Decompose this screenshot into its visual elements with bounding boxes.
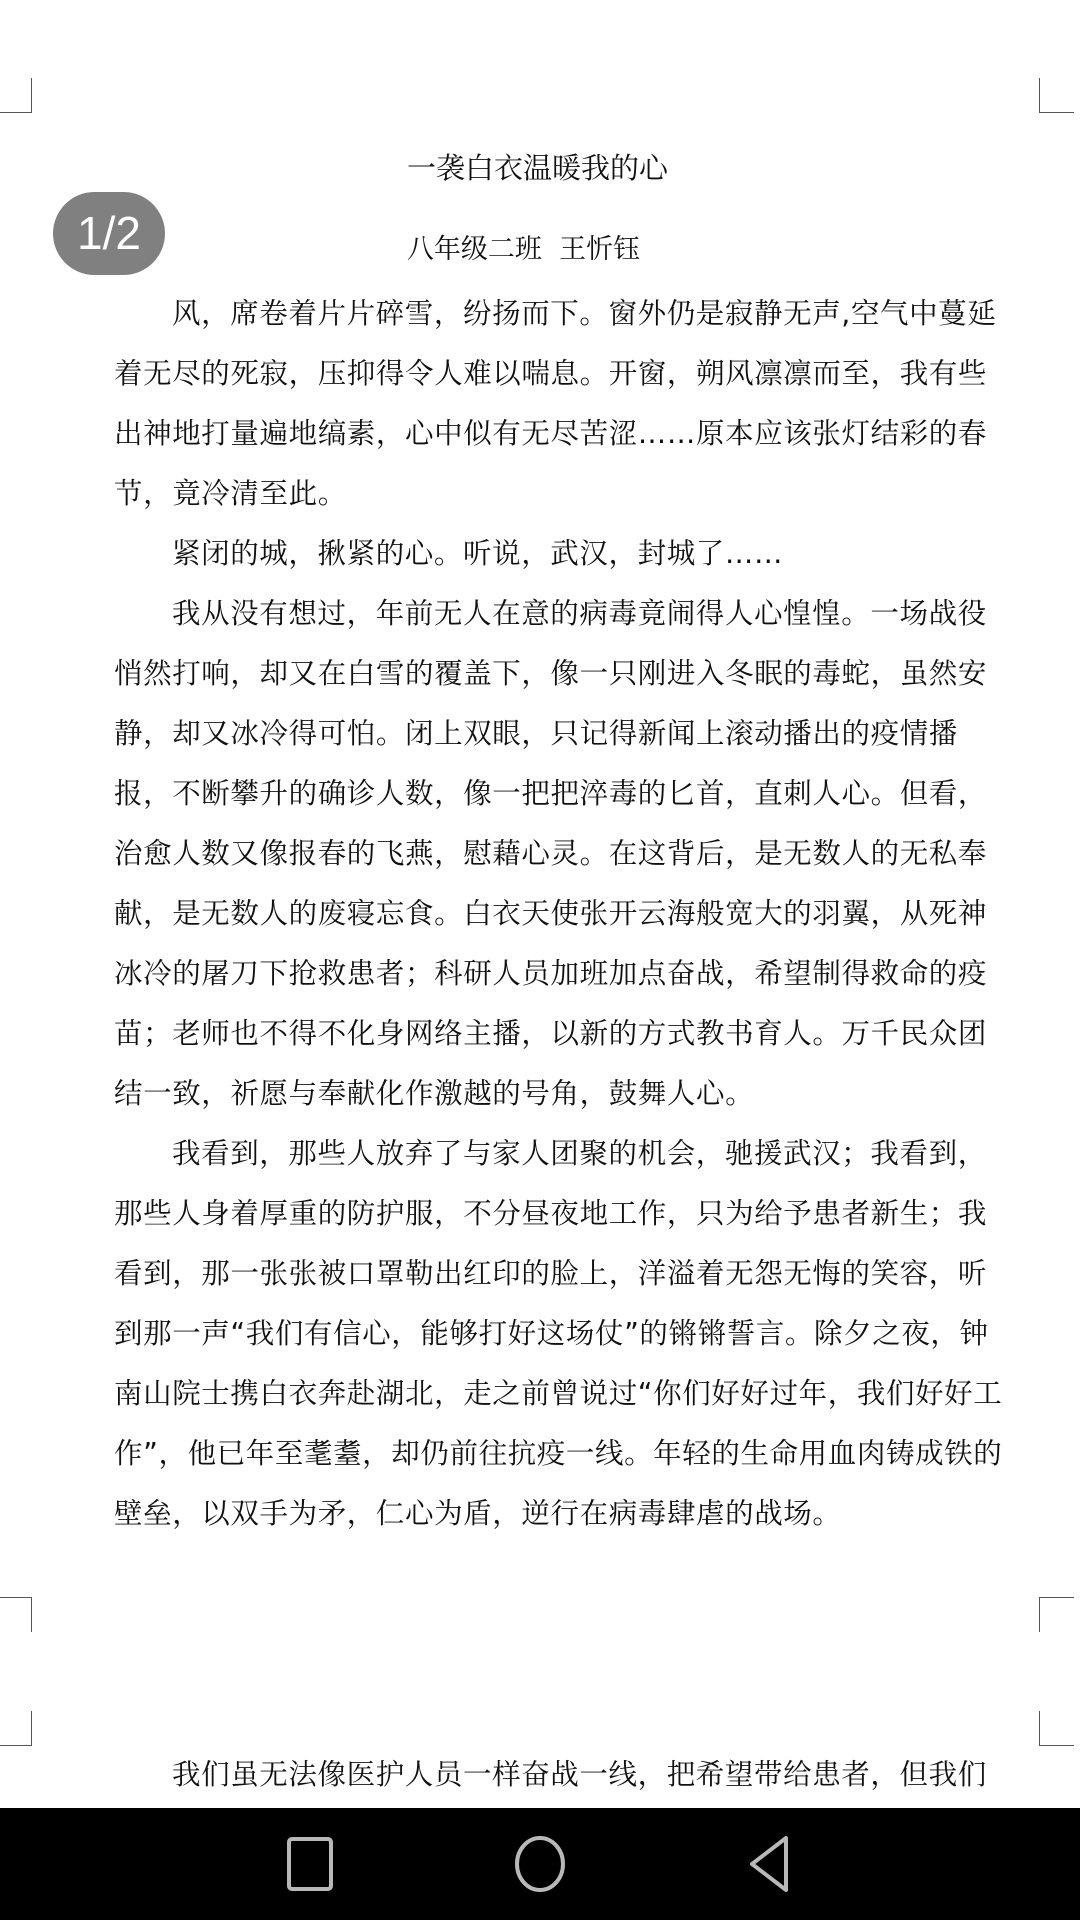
page-corner-mark-bottom-left [0,1597,32,1632]
body-text-line: 苗；老师也不得不化身网络主播，以新的方式教书育人。万千民众团 [114,1012,1054,1072]
body-text-line: 着无尽的死寂，压抑得令人难以喘息。开窗，朔风凛凛而至，我有些 [114,352,1054,412]
body-text-line: 冰冷的屠刀下抢救患者；科研人员加班加点奋战，希望制得救命的疫 [114,952,1054,1012]
triangle-back-icon [746,1834,796,1894]
recents-button[interactable] [250,1808,370,1920]
body-text-line: 作”，他已年至耄耋，却仍前往抗疫一线。年轻的生命用血肉铸成铁的 [114,1432,1054,1492]
body-text-line: 结一致，祈愿与奉献化作激越的号角，鼓舞人心。 [114,1072,1054,1132]
circle-home-icon [512,1834,568,1894]
square-recents-icon [286,1836,334,1892]
body-text-line: 悄然打响，却又在白雪的覆盖下，像一只刚进入冬眠的毒蛇，虽然安 [114,652,1054,712]
page-indicator-badge: 1/2 [53,192,165,275]
body-text-line: 那些人身着厚重的防护服，不分昼夜地工作，只为给予患者新生；我 [114,1192,1054,1252]
body-text-line: 治愈人数又像报春的飞燕，慰藉心灵。在这背后，是无数人的无私奉 [114,832,1054,892]
body-text-line: 风，席卷着片片碎雪，纷扬而下。窗外仍是寂静无声,空气中蔓延 [114,292,1054,352]
page-corner-mark-top-left [0,78,32,113]
body-text-line: 南山院士携白衣奔赴湖北，走之前曾说过“你们好好过年，我们好好工 [114,1372,1054,1432]
body-text-line: 紧闭的城，揪紧的心。听说，武汉，封城了…… [114,532,1054,592]
body-text-line: 献，是无数人的废寝忘食。白衣天使张开云海般宽大的羽翼，从死神 [114,892,1054,952]
body-text-line: 我看到，那些人放弃了与家人团聚的机会，驰援武汉；我看到， [114,1132,1054,1192]
page-2-body: 我们虽无法像医护人员一样奋战一线，把希望带给患者，但我们 [114,1753,1054,1808]
body-text-line: 出神地打量遍地缟素，心中似有无尽苦涩……原本应该张灯结彩的春 [114,412,1054,472]
document-viewer[interactable]: 一袭白衣温暖我的心 八年级二班 王忻钰 风，席卷着片片碎雪，纷扬而下。窗外仍是寂… [0,0,1080,1808]
body-text-line: 到那一声“我们有信心，能够打好这场仗”的锵锵誓言。除夕之夜，钟 [114,1312,1054,1372]
body-text-line: 壁垒，以双手为矛，仁心为盾，逆行在病毒肆虐的战场。 [114,1492,1054,1552]
page-corner-mark-bottom-right [1039,1597,1074,1632]
body-text-line: 报，不断攀升的确诊人数，像一把把淬毒的匕首，直刺人心。但看， [114,772,1054,832]
page-2-corner-mark-top-right [1039,1711,1074,1746]
body-text-line: 看到，那一张张被口罩勒出红印的脸上，洋溢着无怨无悔的笑容，听 [114,1252,1054,1312]
body-text-line: 节，竟冷清至此。 [114,472,1054,532]
body-text-line: 我们虽无法像医护人员一样奋战一线，把希望带给患者，但我们 [114,1753,1054,1808]
page-2-corner-mark-top-left [0,1711,32,1746]
page-1-body: 风，席卷着片片碎雪，纷扬而下。窗外仍是寂静无声,空气中蔓延着无尽的死寂，压抑得令… [114,292,1054,1552]
body-text-line: 我从没有想过，年前无人在意的病毒竟闹得人心惶惶。一场战役 [114,592,1054,652]
page-corner-mark-top-right [1039,78,1074,113]
home-button[interactable] [480,1808,600,1920]
body-text-line: 静，却又冰冷得可怕。闭上双眼，只记得新闻上滚动播出的疫情播 [114,712,1054,772]
back-button[interactable] [711,1808,831,1920]
document-title: 一袭白衣温暖我的心 [0,150,1075,186]
system-navigation-bar [0,1808,1080,1920]
